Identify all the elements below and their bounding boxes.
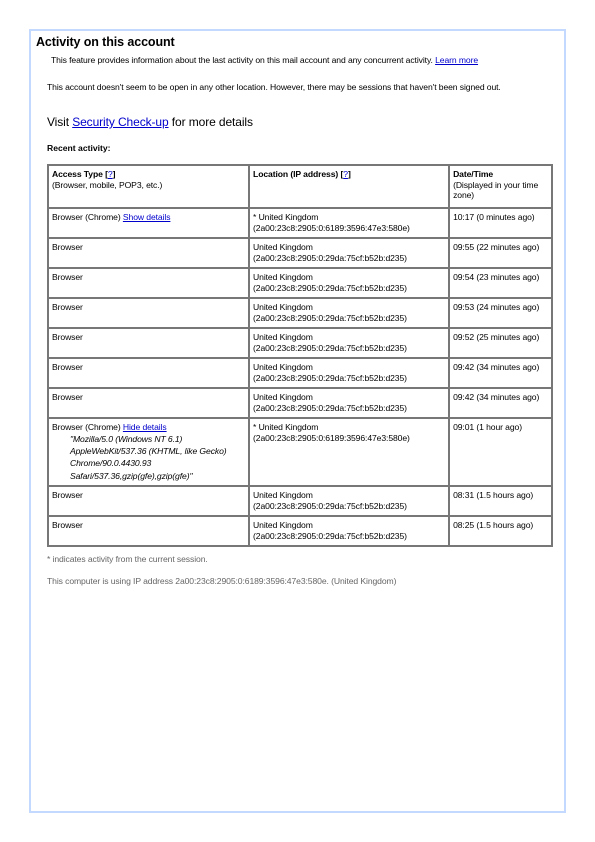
datetime-value: 09:42 (34 minutes ago) xyxy=(453,392,539,402)
location-ip-address: (2a00:23c8:2905:0:29da:75cf:b52b:d235) xyxy=(253,531,445,542)
datetime-cell: 10:17 (0 minutes ago) xyxy=(449,208,552,238)
user-agent-string: "Mozilla/5.0 (Windows NT 6.1) AppleWebKi… xyxy=(52,433,245,483)
access-type-value: Browser xyxy=(52,490,83,500)
location-country: * United Kingdom xyxy=(253,422,445,433)
table-row: Browser (Chrome) Hide details"Mozilla/5.… xyxy=(48,418,552,486)
access-type-value: Browser xyxy=(52,302,83,312)
location-country: United Kingdom xyxy=(253,302,445,313)
table-row: BrowserUnited Kingdom(2a00:23c8:2905:0:2… xyxy=(48,268,552,298)
access-type-cell: Browser (Chrome) Hide details"Mozilla/5.… xyxy=(48,418,249,486)
location-ip-address: (2a00:23c8:2905:0:29da:75cf:b52b:d235) xyxy=(253,313,445,324)
current-session-note: * indicates activity from the current se… xyxy=(47,554,208,564)
security-checkup-link[interactable]: Security Check-up xyxy=(72,115,168,129)
datetime-subtitle: (Displayed in your time zone) xyxy=(453,180,538,201)
access-type-cell: Browser xyxy=(48,268,249,298)
access-type-cell: Browser xyxy=(48,298,249,328)
datetime-cell: 08:25 (1.5 hours ago) xyxy=(449,516,552,546)
location-cell: * United Kingdom(2a00:23c8:2905:0:6189:3… xyxy=(249,418,449,486)
intro-text: This feature provides information about … xyxy=(51,55,478,65)
access-type-value: Browser xyxy=(52,242,83,252)
table-row: BrowserUnited Kingdom(2a00:23c8:2905:0:2… xyxy=(48,238,552,268)
datetime-cell: 09:52 (25 minutes ago) xyxy=(449,328,552,358)
access-type-cell: Browser xyxy=(48,358,249,388)
table-row: BrowserUnited Kingdom(2a00:23c8:2905:0:2… xyxy=(48,516,552,546)
location-ip-address: (2a00:23c8:2905:0:29da:75cf:b52b:d235) xyxy=(253,501,445,512)
learn-more-link[interactable]: Learn more xyxy=(435,55,478,65)
current-ip-note: This computer is using IP address 2a00:2… xyxy=(47,576,396,586)
datetime-value: 09:54 (23 minutes ago) xyxy=(453,272,539,282)
datetime-value: 08:31 (1.5 hours ago) xyxy=(453,490,533,500)
table-header-row: Access Type [?] (Browser, mobile, POP3, … xyxy=(48,165,552,208)
session-status-text: This account doesn't seem to be open in … xyxy=(47,81,557,93)
table-row: BrowserUnited Kingdom(2a00:23c8:2905:0:2… xyxy=(48,358,552,388)
activity-panel: Activity on this account This feature pr… xyxy=(29,29,566,813)
security-checkup-line: Visit Security Check-up for more details xyxy=(47,115,253,129)
location-cell: United Kingdom(2a00:23c8:2905:0:29da:75c… xyxy=(249,268,449,298)
access-type-cell: Browser xyxy=(48,516,249,546)
header-location: Location (IP address) [?] xyxy=(249,165,449,208)
location-country: United Kingdom xyxy=(253,332,445,343)
access-type-value: Browser xyxy=(52,362,83,372)
access-type-subtitle: (Browser, mobile, POP3, etc.) xyxy=(52,180,162,190)
access-type-value: Browser xyxy=(52,520,83,530)
bracket-close: ] xyxy=(348,169,351,179)
location-country: United Kingdom xyxy=(253,520,445,531)
access-type-value: Browser xyxy=(52,332,83,342)
location-ip-address: (2a00:23c8:2905:0:29da:75cf:b52b:d235) xyxy=(253,373,445,384)
access-type-value: Browser xyxy=(52,392,83,402)
location-ip-address: (2a00:23c8:2905:0:29da:75cf:b52b:d235) xyxy=(253,253,445,264)
access-type-value: Browser (Chrome) xyxy=(52,212,121,222)
table-row: BrowserUnited Kingdom(2a00:23c8:2905:0:2… xyxy=(48,328,552,358)
datetime-value: 08:25 (1.5 hours ago) xyxy=(453,520,533,530)
location-ip-address: (2a00:23c8:2905:0:29da:75cf:b52b:d235) xyxy=(253,403,445,414)
datetime-value: 09:53 (24 minutes ago) xyxy=(453,302,539,312)
datetime-cell: 09:55 (22 minutes ago) xyxy=(449,238,552,268)
datetime-value: 09:55 (22 minutes ago) xyxy=(453,242,539,252)
access-type-cell: Browser xyxy=(48,486,249,516)
location-ip-address: (2a00:23c8:2905:0:29da:75cf:b52b:d235) xyxy=(253,343,445,354)
intro-description: This feature provides information about … xyxy=(51,55,433,65)
bracket-close: ] xyxy=(113,169,116,179)
table-row: Browser (Chrome) Show details* United Ki… xyxy=(48,208,552,238)
access-type-label: Access Type xyxy=(52,169,103,179)
location-label: Location (IP address) xyxy=(253,169,338,179)
header-access-type: Access Type [?] (Browser, mobile, POP3, … xyxy=(48,165,249,208)
location-country: United Kingdom xyxy=(253,490,445,501)
header-datetime: Date/Time (Displayed in your time zone) xyxy=(449,165,552,208)
access-type-value: Browser (Chrome) xyxy=(52,422,121,432)
datetime-value: 10:17 (0 minutes ago) xyxy=(453,212,535,222)
location-country: United Kingdom xyxy=(253,362,445,373)
datetime-value: 09:52 (25 minutes ago) xyxy=(453,332,539,342)
visit-prefix: Visit xyxy=(47,115,69,129)
location-cell: United Kingdom(2a00:23c8:2905:0:29da:75c… xyxy=(249,238,449,268)
datetime-value: 09:01 (1 hour ago) xyxy=(453,422,522,432)
location-ip-address: (2a00:23c8:2905:0:29da:75cf:b52b:d235) xyxy=(253,283,445,294)
location-cell: United Kingdom(2a00:23c8:2905:0:29da:75c… xyxy=(249,358,449,388)
access-type-cell: Browser xyxy=(48,388,249,418)
access-type-cell: Browser (Chrome) Show details xyxy=(48,208,249,238)
activity-rows: Browser (Chrome) Show details* United Ki… xyxy=(48,208,552,546)
location-country: * United Kingdom xyxy=(253,212,445,223)
show-details-link[interactable]: Show details xyxy=(123,212,171,222)
page-title: Activity on this account xyxy=(36,35,175,49)
datetime-cell: 09:01 (1 hour ago) xyxy=(449,418,552,486)
location-cell: United Kingdom(2a00:23c8:2905:0:29da:75c… xyxy=(249,486,449,516)
visit-suffix: for more details xyxy=(172,115,253,129)
location-cell: United Kingdom(2a00:23c8:2905:0:29da:75c… xyxy=(249,516,449,546)
datetime-cell: 08:31 (1.5 hours ago) xyxy=(449,486,552,516)
hide-details-link[interactable]: Hide details xyxy=(123,422,167,432)
table-row: BrowserUnited Kingdom(2a00:23c8:2905:0:2… xyxy=(48,388,552,418)
datetime-cell: 09:42 (34 minutes ago) xyxy=(449,388,552,418)
activity-table: Access Type [?] (Browser, mobile, POP3, … xyxy=(47,164,553,547)
recent-activity-heading: Recent activity: xyxy=(47,143,111,153)
location-country: United Kingdom xyxy=(253,392,445,403)
table-row: BrowserUnited Kingdom(2a00:23c8:2905:0:2… xyxy=(48,298,552,328)
location-cell: United Kingdom(2a00:23c8:2905:0:29da:75c… xyxy=(249,328,449,358)
datetime-value: 09:42 (34 minutes ago) xyxy=(453,362,539,372)
datetime-cell: 09:54 (23 minutes ago) xyxy=(449,268,552,298)
datetime-label: Date/Time xyxy=(453,169,493,179)
location-cell: United Kingdom(2a00:23c8:2905:0:29da:75c… xyxy=(249,388,449,418)
location-country: United Kingdom xyxy=(253,242,445,253)
location-country: United Kingdom xyxy=(253,272,445,283)
datetime-cell: 09:42 (34 minutes ago) xyxy=(449,358,552,388)
location-cell: United Kingdom(2a00:23c8:2905:0:29da:75c… xyxy=(249,298,449,328)
datetime-cell: 09:53 (24 minutes ago) xyxy=(449,298,552,328)
location-ip-address: (2a00:23c8:2905:0:6189:3596:47e3:580e) xyxy=(253,223,445,234)
location-cell: * United Kingdom(2a00:23c8:2905:0:6189:3… xyxy=(249,208,449,238)
location-ip-address: (2a00:23c8:2905:0:6189:3596:47e3:580e) xyxy=(253,433,445,444)
table-row: BrowserUnited Kingdom(2a00:23c8:2905:0:2… xyxy=(48,486,552,516)
access-type-cell: Browser xyxy=(48,328,249,358)
access-type-value: Browser xyxy=(52,272,83,282)
access-type-cell: Browser xyxy=(48,238,249,268)
